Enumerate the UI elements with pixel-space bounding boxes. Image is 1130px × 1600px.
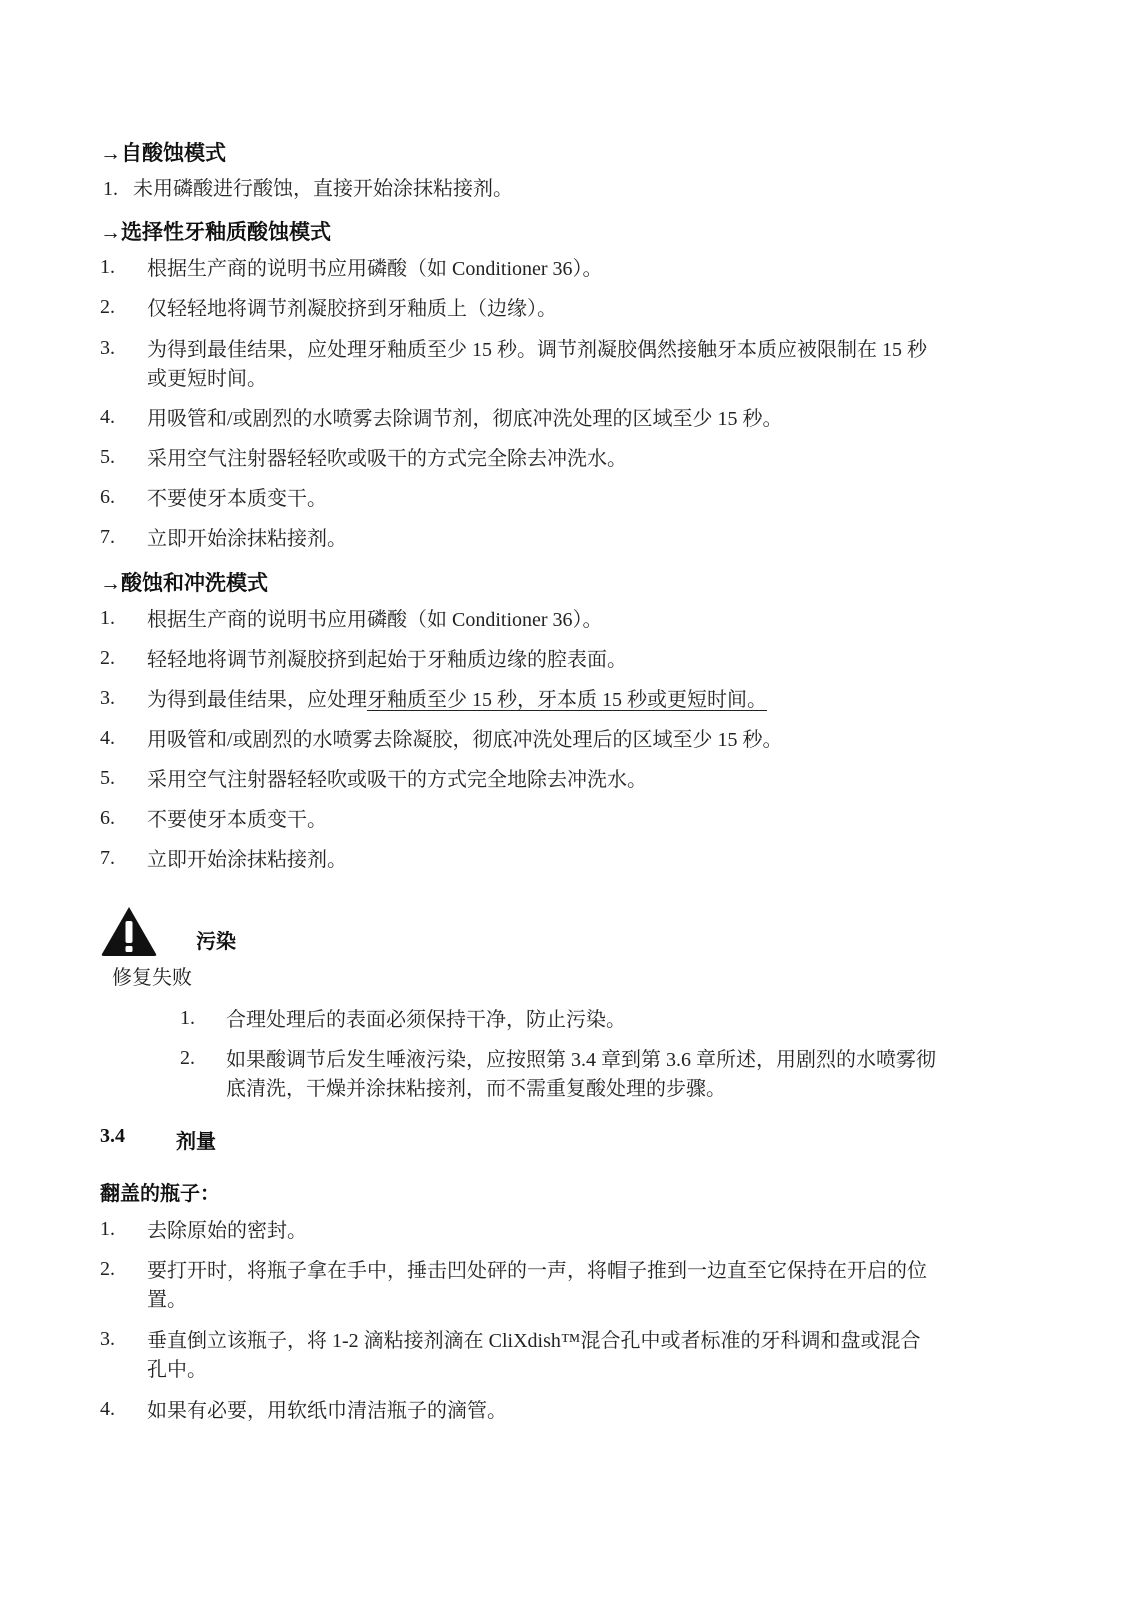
item-number: 4.: [100, 1398, 115, 1421]
item-text: 用吸管和/或剧烈的水喷雾去除调节剂，彻底冲洗处理的区域至少 15 秒。: [147, 404, 783, 434]
item-text: 为得到最佳结果，应处理牙釉质至少 15 秒。调节剂凝胶偶然接触牙本质应被限制在 …: [147, 335, 927, 365]
item-text: 如果酸调节后发生唾液污染，应按照第 3.4 章到第 3.6 章所述，用剧烈的水喷…: [226, 1045, 936, 1075]
item-text: 不要使牙本质变干。: [147, 484, 327, 514]
item-number: 1.: [180, 1007, 195, 1030]
item-text: 如果有必要，用软纸巾清洁瓶子的滴管。: [147, 1396, 507, 1426]
item-text: 仅轻轻地将调节剂凝胶挤到牙釉质上（边缘）。: [147, 294, 557, 324]
item-text-plain: 为得到最佳结果，应处理: [147, 689, 367, 711]
item-number: 5.: [100, 767, 115, 790]
item-text: 用吸管和/或剧烈的水喷雾去除凝胶，彻底冲洗处理后的区域至少 15 秒。: [147, 725, 783, 755]
section-heading-selective-etch: →选择性牙釉质酸蚀模式: [100, 216, 331, 246]
item-text-continued: 置。: [147, 1285, 187, 1315]
item-number: 7.: [100, 847, 115, 870]
warning-title: 污染: [196, 925, 236, 954]
item-text: 去除原始的密封。: [147, 1216, 307, 1246]
item-number: 4.: [100, 406, 115, 429]
item-text: 立即开始涂抹粘接剂。: [147, 524, 347, 554]
item-number: 3.: [100, 337, 115, 360]
item-text: 采用空气注射器轻轻吹或吸干的方式完全地除去冲洗水。: [147, 765, 647, 795]
item-number: 1.: [103, 178, 118, 200]
document-page: →自酸蚀模式 1. 未用磷酸进行酸蚀，直接开始涂抹粘接剂。 →选择性牙釉质酸蚀模…: [0, 0, 1130, 1600]
item-text: 根据生产商的说明书应用磷酸（如 Conditioner 36）。: [147, 254, 603, 284]
section-heading-etch-and-rinse: →酸蚀和冲洗模式: [100, 567, 268, 597]
item-number: 6.: [100, 486, 115, 509]
item-number: 1.: [100, 1218, 115, 1241]
item-text: 要打开时，将瓶子拿在手中，捶击凹处砰的一声，将帽子推到一边直至它保持在开启的位: [147, 1256, 927, 1286]
item-number: 1.: [100, 607, 115, 630]
item-text-underlined: 牙釉质至少 15 秒，牙本质 15 秒或更短时间。: [367, 689, 767, 711]
chapter-number: 3.4: [100, 1125, 125, 1148]
item-text: 采用空气注射器轻轻吹或吸干的方式完全除去冲洗水。: [147, 444, 627, 474]
item-text: 根据生产商的说明书应用磷酸（如 Conditioner 36）。: [147, 605, 603, 635]
list-item: 1. 未用磷酸进行酸蚀，直接开始涂抹粘接剂。: [103, 174, 513, 204]
item-number: 3.: [100, 687, 115, 710]
chapter-title: 剂量: [176, 1125, 216, 1154]
item-number: 4.: [100, 727, 115, 750]
bottle-heading: 翻盖的瓶子：: [100, 1177, 220, 1206]
item-text: 未用磷酸进行酸蚀，直接开始涂抹粘接剂。: [133, 178, 513, 200]
item-text: 立即开始涂抹粘接剂。: [147, 845, 347, 875]
item-number: 5.: [100, 446, 115, 469]
item-number: 2.: [180, 1047, 195, 1070]
item-text: 为得到最佳结果，应处理牙釉质至少 15 秒，牙本质 15 秒或更短时间。: [147, 685, 767, 715]
item-number: 2.: [100, 296, 115, 319]
item-number: 7.: [100, 526, 115, 549]
item-number: 2.: [100, 647, 115, 670]
item-text-continued: 底清洗，干燥并涂抹粘接剂，而不需重复酸处理的步骤。: [226, 1074, 726, 1104]
item-text: 合理处理后的表面必须保持干净，防止污染。: [226, 1005, 626, 1035]
item-text: 不要使牙本质变干。: [147, 805, 327, 835]
item-text: 轻轻地将调节剂凝胶挤到起始于牙釉质边缘的腔表面。: [147, 645, 627, 675]
item-number: 1.: [100, 256, 115, 279]
item-number: 3.: [100, 1328, 115, 1351]
item-number: 2.: [100, 1258, 115, 1281]
item-text: 垂直倒立该瓶子，将 1-2 滴粘接剂滴在 CliXdish™混合孔中或者标准的牙…: [147, 1326, 921, 1356]
item-number: 6.: [100, 807, 115, 830]
section-heading-self-etch: →自酸蚀模式: [100, 137, 226, 167]
warning-triangle-icon: [100, 905, 158, 957]
warning-subtitle: 修复失败: [112, 963, 192, 993]
item-text-continued: 或更短时间。: [147, 364, 267, 394]
item-text-continued: 孔中。: [147, 1355, 207, 1385]
